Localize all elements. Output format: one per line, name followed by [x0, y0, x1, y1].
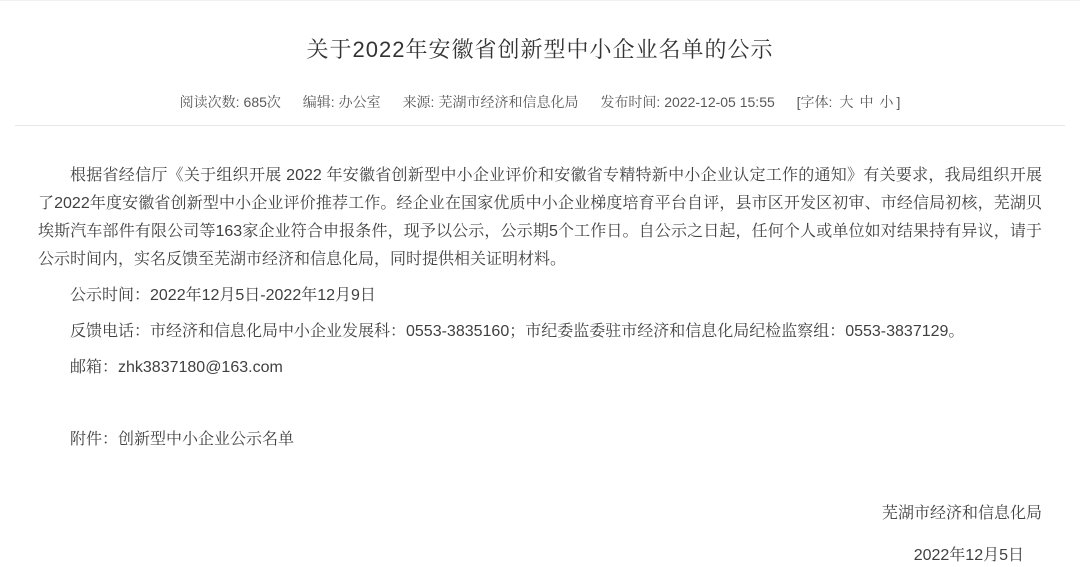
font-size-control: [字体:大中小] [797, 94, 901, 110]
font-size-bracket: ] [896, 94, 900, 110]
article-meta-bar: 阅读次数:685次 编辑:办公室 来源:芜湖市经济和信息化局 发布时间:2022… [0, 93, 1080, 111]
signature-organization: 芜湖市经济和信息化局 [38, 500, 1042, 528]
editor-label: 编辑: [303, 94, 335, 110]
views-label: 阅读次数: [180, 94, 240, 110]
publish-time: 发布时间:2022-12-05 15:55 [600, 94, 774, 110]
signature-date: 2022年12月5日 [38, 542, 1042, 567]
font-size-large-button[interactable]: 大 [839, 94, 853, 110]
feedback-phone-line: 反馈电话：市经济和信息化局中小企业发展科：0553-3835160；市纪委监委驻… [38, 318, 1042, 346]
signature-block: 芜湖市经济和信息化局 2022年12月5日 [38, 500, 1042, 567]
source: 来源:芜湖市经济和信息化局 [403, 94, 579, 110]
attachment-label: 附件： [70, 431, 118, 448]
font-size-medium-button[interactable]: 中 [859, 94, 873, 110]
announcement-page: 关于2022年安徽省创新型中小企业名单的公示 阅读次数:685次 编辑:办公室 … [0, 0, 1080, 567]
article-body: 根据省经信厅《关于组织开展 2022 年安徽省创新型中小企业评价和安徽省专精特新… [0, 162, 1080, 567]
editor: 编辑:办公室 [303, 94, 381, 110]
email-line: 邮箱：zhk3837180@163.com [38, 354, 1042, 382]
font-size-small-button[interactable]: 小 [879, 94, 893, 110]
article-title: 关于2022年安徽省创新型中小企业名单的公示 [0, 1, 1080, 65]
source-label: 来源: [403, 94, 435, 110]
views-count: 阅读次数:685次 [180, 94, 281, 110]
publicity-period-line: 公示时间：2022年12月5日-2022年12月9日 [38, 282, 1042, 310]
editor-value: 办公室 [339, 94, 381, 110]
publish-time-label: 发布时间: [600, 94, 660, 110]
attachment-line: 附件：创新型中小企业公示名单 [38, 426, 1042, 454]
header-divider [15, 125, 1065, 126]
source-value: 芜湖市经济和信息化局 [438, 94, 578, 110]
publish-time-value: 2022-12-05 15:55 [664, 94, 775, 110]
views-value: 685次 [244, 94, 281, 110]
font-size-label: [字体: [797, 94, 833, 110]
main-paragraph: 根据省经信厅《关于组织开展 2022 年安徽省创新型中小企业评价和安徽省专精特新… [38, 162, 1042, 274]
attachment-link[interactable]: 创新型中小企业公示名单 [118, 431, 294, 448]
